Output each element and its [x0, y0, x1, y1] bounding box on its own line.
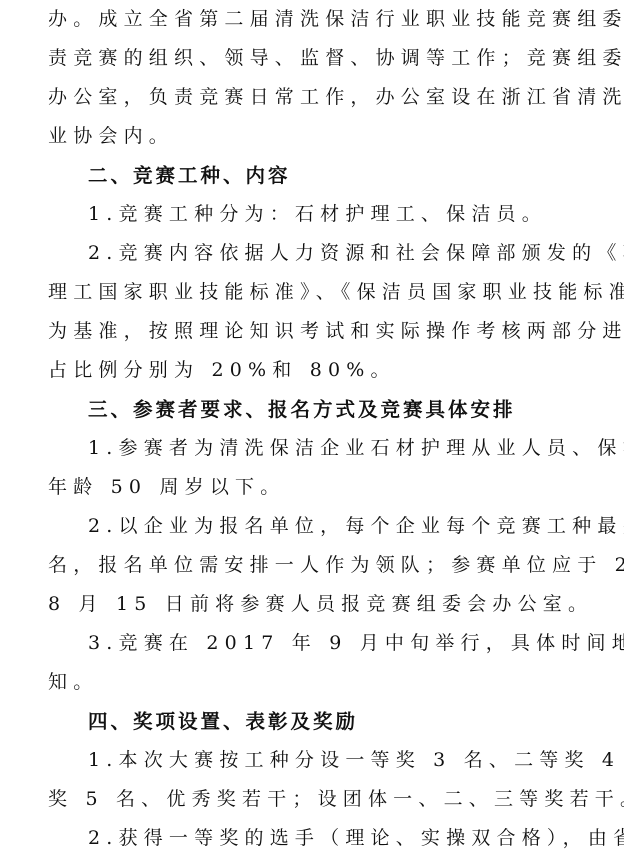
- text-line: 年龄 50 周岁以下。: [48, 468, 570, 507]
- paragraph-participant-requirements: 1.参赛者为清洗保洁企业石材护理从业人员、保洁员， 年龄 50 周岁以下。: [48, 429, 570, 507]
- text-line: 办。成立全省第二届清洗保洁行业职业技能竞赛组委会，负: [48, 0, 570, 39]
- paragraph-organizing-committee: 办。成立全省第二届清洗保洁行业职业技能竞赛组委会，负 责竞赛的组织、领导、监督、…: [48, 0, 570, 156]
- paragraph-awards: 1.本次大赛按工种分设一等奖 3 名、二等奖 4 名、三等 奖 5 名、优秀奖若…: [48, 741, 570, 819]
- paragraph-schedule: 3.竞赛在 2017 年 9 月中旬举行，具体时间地点另行通 知。: [48, 624, 570, 702]
- text-line: 2.获得一等奖的选手（理论、实操双合格），由省总工: [48, 819, 570, 858]
- paragraph-registration: 2.以企业为报名单位，每个企业每个竞赛工种最多报 3 名，报名单位需安排一人作为…: [48, 507, 570, 624]
- section-heading-4: 四、奖项设置、表彰及奖励: [48, 702, 570, 741]
- text-line: 为基准，按照理论知识考试和实际操作考核两部分进行，所: [48, 312, 570, 351]
- text-line: 1.本次大赛按工种分设一等奖 3 名、二等奖 4 名、三等: [48, 741, 570, 780]
- text-line: 理工国家职业技能标准》、《保洁员国家职业技能标准》中级: [48, 273, 570, 312]
- document-page: 办。成立全省第二届清洗保洁行业职业技能竞赛组委会，负 责竞赛的组织、领导、监督、…: [48, 0, 570, 858]
- text-line: 责竞赛的组织、领导、监督、协调等工作；竞赛组委会下设: [48, 39, 570, 78]
- paragraph-competition-content: 2.竞赛内容依据人力资源和社会保障部颁发的《石材护 理工国家职业技能标准》、《保…: [48, 234, 570, 390]
- text-line: 1.参赛者为清洗保洁企业石材护理从业人员、保洁员，: [48, 429, 570, 468]
- text-line: 知。: [48, 663, 570, 702]
- paragraph-competition-types: 1.竞赛工种分为：石材护理工、保洁员。: [48, 195, 570, 234]
- text-line: 3.竞赛在 2017 年 9 月中旬举行，具体时间地点另行通: [48, 624, 570, 663]
- text-line: 2.竞赛内容依据人力资源和社会保障部颁发的《石材护: [48, 234, 570, 273]
- text-line: 奖 5 名、优秀奖若干；设团体一、二、三等奖若干。: [48, 780, 570, 819]
- text-line: 办公室，负责竞赛日常工作，办公室设在浙江省清洗保洁行: [48, 78, 570, 117]
- section-heading-3: 三、参赛者要求、报名方式及竞赛具体安排: [48, 390, 570, 429]
- text-line: 8 月 15 日前将参赛人员报竞赛组委会办公室。: [48, 585, 570, 624]
- text-line: 2.以企业为报名单位，每个企业每个竞赛工种最多报 3: [48, 507, 570, 546]
- text-line: 业协会内。: [48, 117, 570, 156]
- section-heading-2: 二、竞赛工种、内容: [48, 156, 570, 195]
- paragraph-first-prize: 2.获得一等奖的选手（理论、实操双合格），由省总工: [48, 819, 570, 858]
- text-line: 1.竞赛工种分为：石材护理工、保洁员。: [48, 195, 570, 234]
- text-line: 占比例分别为 20%和 80%。: [48, 351, 570, 390]
- text-line: 名，报名单位需安排一人作为领队；参赛单位应于 2017 年: [48, 546, 570, 585]
